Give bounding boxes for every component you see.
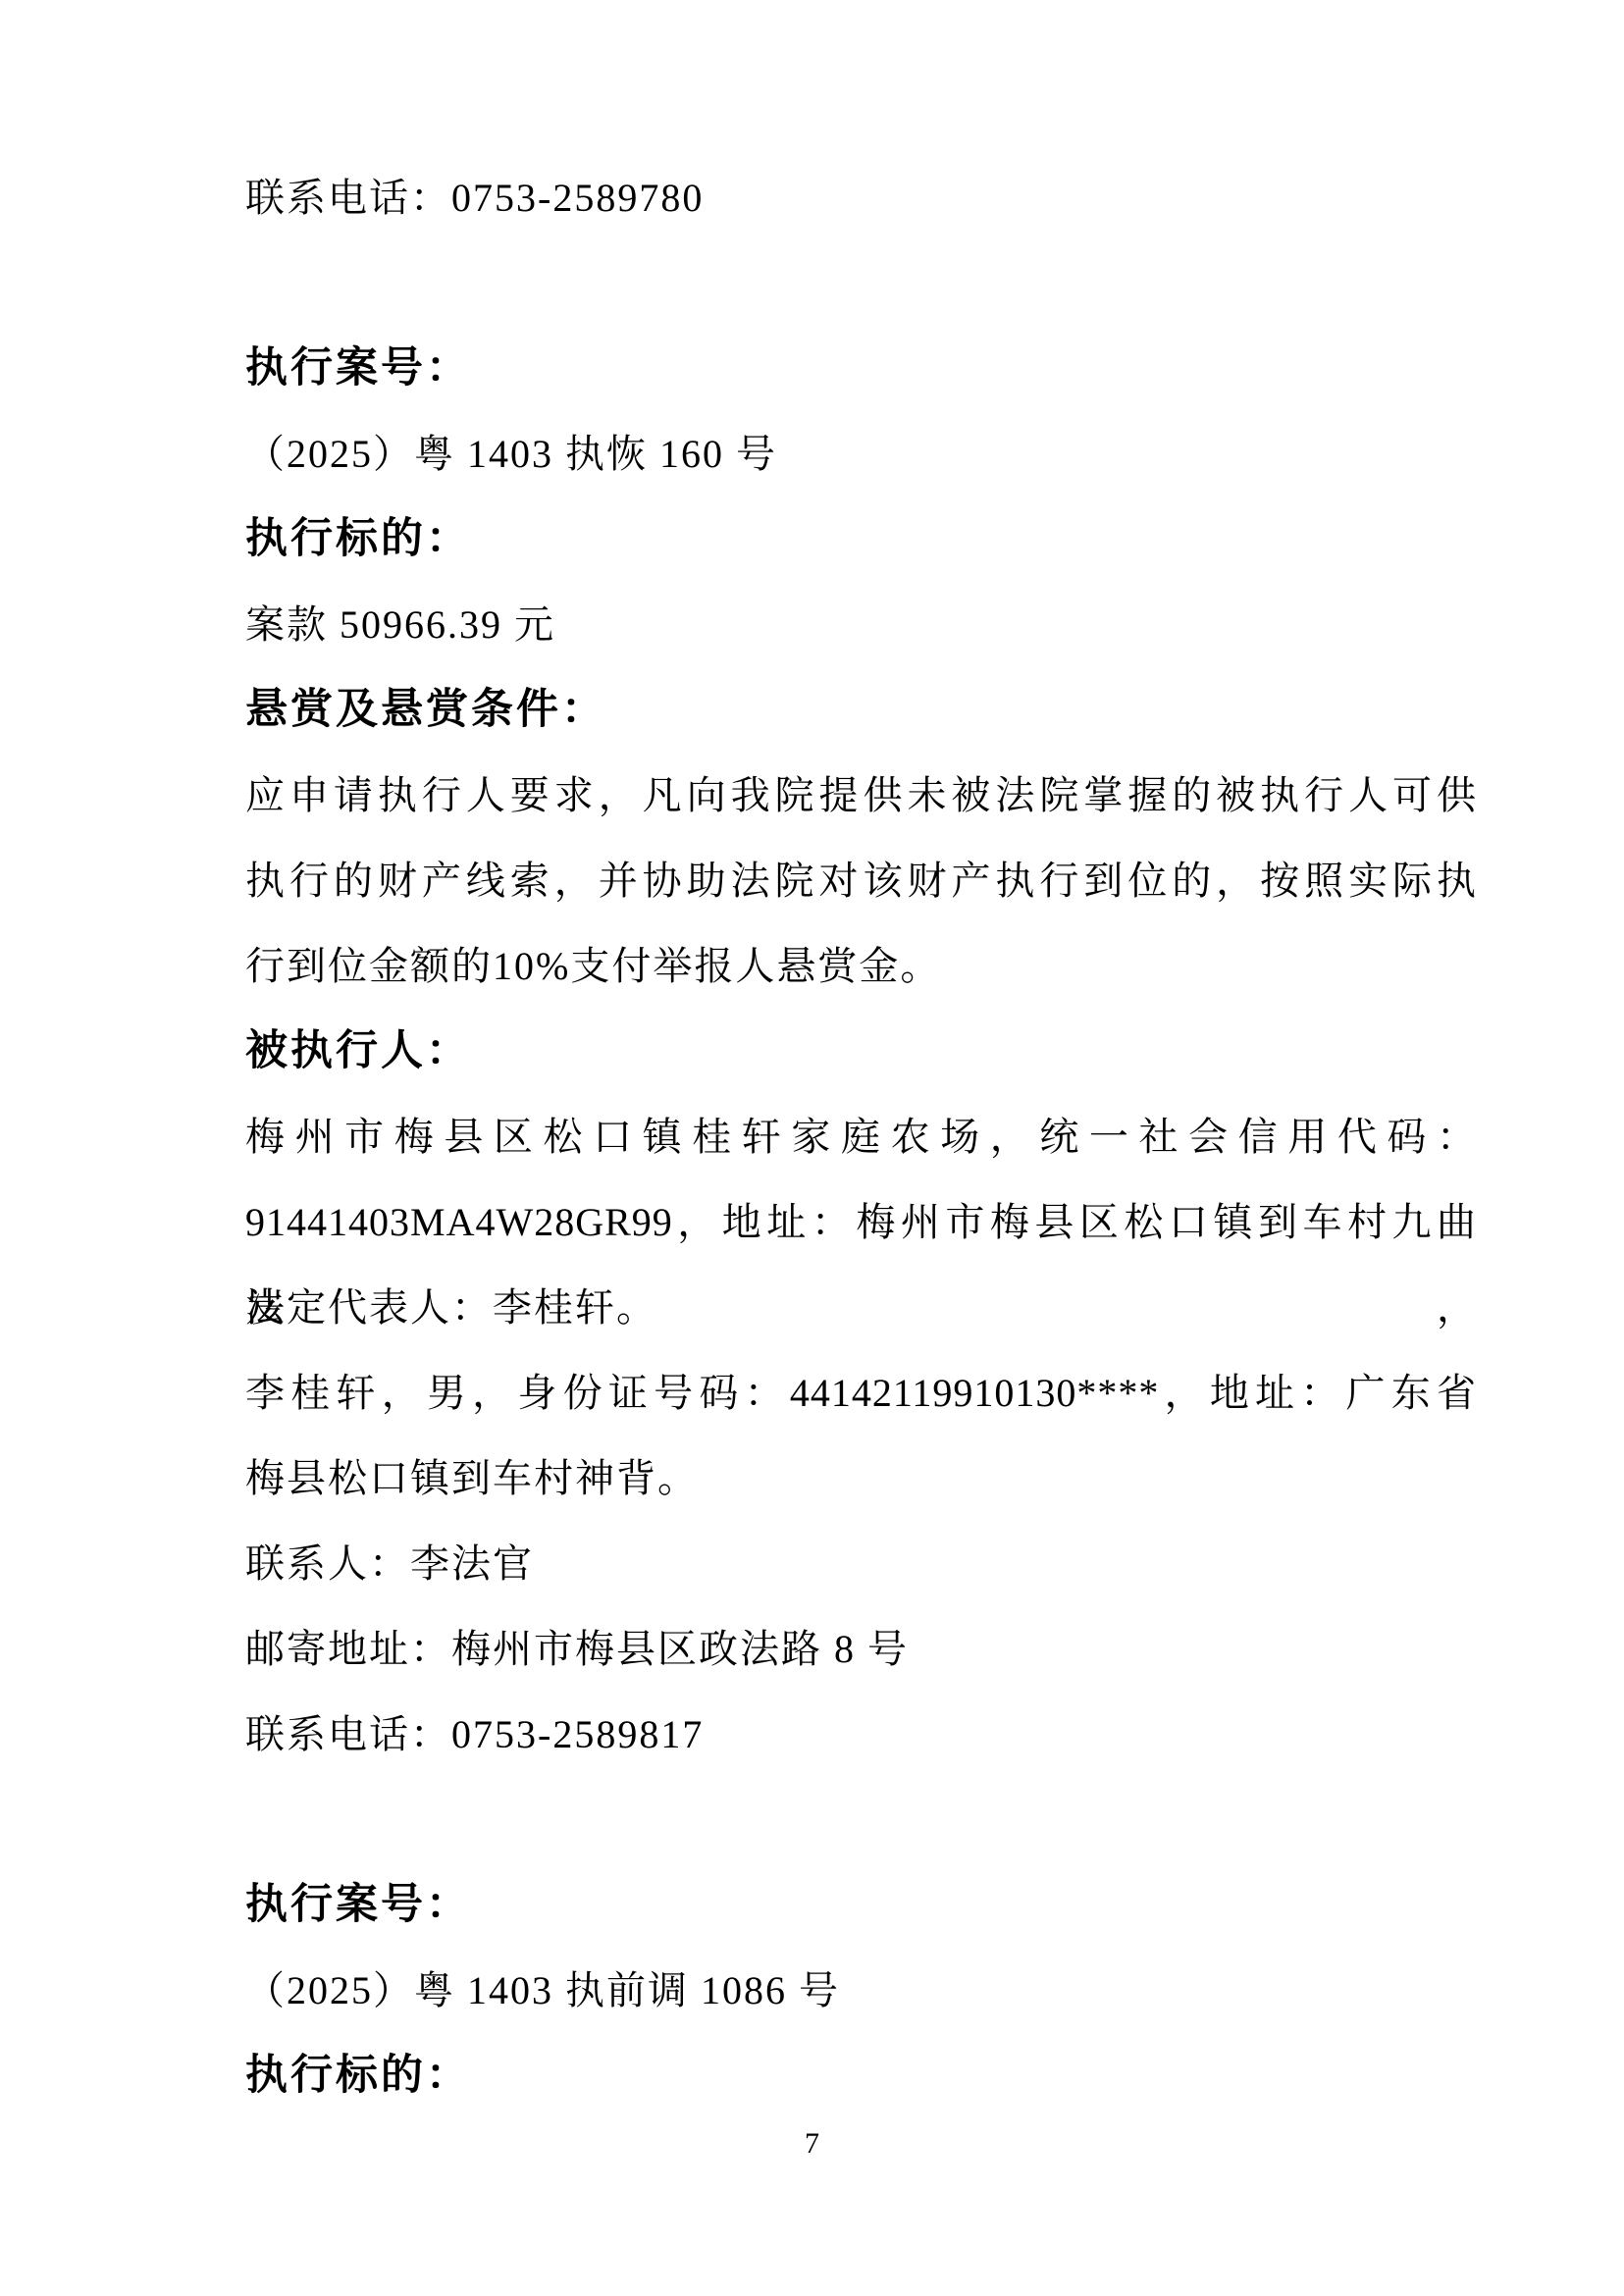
prev-case-contact-phone: 联系电话：0753-2589780 (245, 155, 1477, 240)
blank-line (245, 1777, 1477, 1862)
case1-debtor-company-line2: 91441403MA4W28GR99，地址：梅州市梅县区松口镇到车村九曲岌， (245, 1179, 1477, 1265)
case1-contact-person: 联系人：李法官 (245, 1521, 1477, 1606)
case1-target-heading: 执行标的： (245, 496, 1477, 582)
case2-number-heading: 执行案号： (245, 1862, 1477, 1948)
case1-reward-heading: 悬赏及悬赏条件： (245, 667, 1477, 753)
case1-contact-phone: 联系电话：0753-2589817 (245, 1692, 1477, 1777)
document-body: 联系电话：0753-2589780 执行案号： （2025）粤 1403 执恢 … (245, 155, 1477, 2118)
case2-target-heading: 执行标的： (245, 2033, 1477, 2118)
page-number: 7 (0, 2124, 1624, 2164)
case1-debtor-heading: 被执行人： (245, 1009, 1477, 1094)
case1-number-value: （2025）粤 1403 执恢 160 号 (245, 411, 1477, 496)
case1-reward-text-line1: 应申请执行人要求，凡向我院提供未被法院掌握的被执行人可供 (245, 753, 1477, 838)
case1-reward-text-line2: 执行的财产线索，并协助法院对该财产执行到位的，按照实际执 (245, 838, 1477, 923)
case1-mail-address: 邮寄地址：梅州市梅县区政法路 8 号 (245, 1606, 1477, 1692)
case1-debtor-person-line2: 梅县松口镇到车村神背。 (245, 1435, 1477, 1521)
case1-number-heading: 执行案号： (245, 326, 1477, 411)
case1-debtor-company-line1: 梅州市梅县区松口镇桂轩家庭农场，统一社会信用代码： (245, 1094, 1477, 1179)
case2-number-value: （2025）粤 1403 执前调 1086 号 (245, 1948, 1477, 2033)
case1-reward-text-line3: 行到位金额的10%支付举报人悬赏金。 (245, 923, 1477, 1009)
case1-debtor-person-line1: 李桂轩，男，身份证号码：44142119910130****，地址：广东省 (245, 1350, 1477, 1435)
case1-target-value: 案款 50966.39 元 (245, 582, 1477, 667)
document-page: 联系电话：0753-2589780 执行案号： （2025）粤 1403 执恢 … (0, 0, 1624, 2296)
blank-line (245, 240, 1477, 326)
